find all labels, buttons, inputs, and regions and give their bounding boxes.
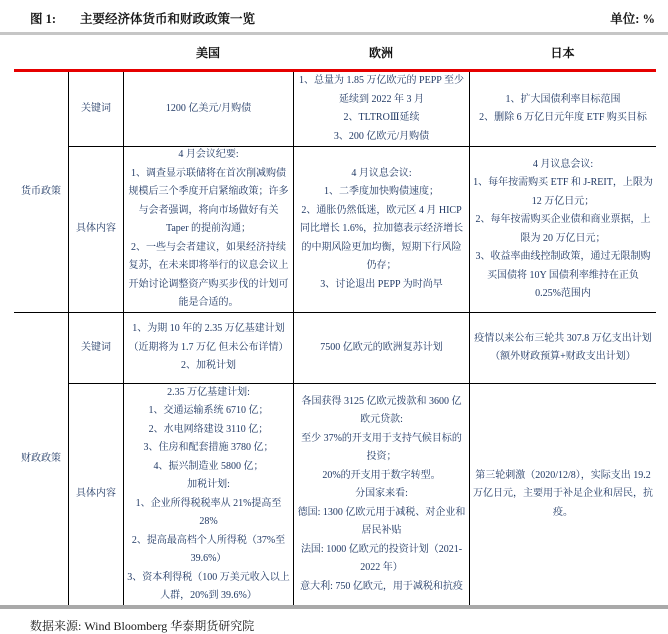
cell-line: 4、振兴制造业 5800 亿； xyxy=(127,458,290,477)
cell-line: 第三轮刺激（2020/12/8），实际支出 19.2 万亿日元，主要用于补足企业… xyxy=(473,467,653,523)
country-header-row: 美国 欧洲 日本 xyxy=(14,35,656,69)
cell-monetary-keywords-us: 1200 亿美元/月购债 xyxy=(123,72,293,146)
cell-fiscal-keywords-japan: 疫情以来公布三轮共 307.8 万亿支出计划（额外财政预算+财政支出计划） xyxy=(469,312,656,383)
cell-line: 2、删除 6 万亿日元年度 ETF 购买目标 xyxy=(473,109,653,128)
cell-line: 疫情以来公布三轮共 307.8 万亿支出计划（额外财政预算+财政支出计划） xyxy=(473,330,653,367)
cell-line: 4 月会议纪要: xyxy=(127,146,290,165)
cell-line: 20%的开支用于数字转型。 xyxy=(297,467,466,486)
cell-line: 2、一些与会者建议，如果经济持续复苏，在未来即将举行的议息会议上开始讨论调整资产… xyxy=(127,239,290,312)
column-header-europe: 欧洲 xyxy=(293,44,469,61)
cell-line: 1、每年按需购买 ETF 和 J-REIT，上限为 12 万亿日元； xyxy=(473,174,653,211)
cell-line: 2、提高最高档个人所得税（37%至 39.6%） xyxy=(127,532,290,569)
column-header-japan: 日本 xyxy=(469,44,656,61)
cell-line: 1、为期 10 年的 2.35 万亿基建计划（近期将为 1.7 万亿 但未公布详… xyxy=(127,320,290,357)
cell-line: 各国获得 3125 亿欧元拨款和 3600 亿欧元贷款: xyxy=(297,393,466,430)
figure-title: 主要经济体货币和财政政策一览 xyxy=(80,9,255,27)
cell-monetary-details-us: 4 月会议纪要:1、调查显示联储将在首次削减购债规模后三个季度开启紧缩政策；许多… xyxy=(123,146,293,312)
cell-line: 加税计划: xyxy=(127,476,290,495)
row-label-fiscal-details: 具体内容 xyxy=(68,383,123,605)
cell-monetary-details-europe: 4 月议息会议:1、二季度加快购债速度；2、通胀仍然低迷，欧元区 4 月 HIC… xyxy=(293,146,469,312)
cell-line: 1、总量为 1.85 万亿欧元的 PEPP 至少延续到 2022 年 3 月 xyxy=(297,72,466,109)
cell-line: 2.35 万亿基建计划: xyxy=(127,384,290,403)
cell-fiscal-keywords-us: 1、为期 10 年的 2.35 万亿基建计划（近期将为 1.7 万亿 但未公布详… xyxy=(123,312,293,383)
cell-line: 分国家来看: xyxy=(297,485,466,504)
policy-table: 货币政策 关键词 1200 亿美元/月购债 1、总量为 1.85 万亿欧元的 P… xyxy=(14,69,656,605)
category-monetary-policy: 货币政策 xyxy=(14,72,68,312)
cell-line: 3、住房和配套措施 3780 亿； xyxy=(127,439,290,458)
column-header-us: 美国 xyxy=(123,44,293,61)
cell-line: 3、讨论退出 PEPP 为时尚早 xyxy=(297,276,466,295)
cell-line: 7500 亿欧元的欧洲复苏计划 xyxy=(297,339,466,358)
cell-line: 2、水电网络建设 3110 亿； xyxy=(127,421,290,440)
cell-line: 法国: 1000 亿欧元的投资计划（2021-2022 年） xyxy=(297,541,466,578)
cell-line: 1、扩大国债利率目标范围 xyxy=(473,91,653,110)
cell-monetary-details-japan: 4 月议息会议:1、每年按需购买 ETF 和 J-REIT，上限为 12 万亿日… xyxy=(469,146,656,312)
cell-fiscal-keywords-europe: 7500 亿欧元的欧洲复苏计划 xyxy=(293,312,469,383)
unit-label: 单位: % xyxy=(610,9,655,27)
cell-fiscal-details-us: 2.35 万亿基建计划:1、交通运输系统 6710 亿；2、水电网络建设 311… xyxy=(123,383,293,605)
row-label-monetary-keywords: 关键词 xyxy=(68,72,123,146)
data-source-note: 数据来源: Wind Bloomberg 华泰期货研究院 xyxy=(0,609,668,634)
cell-line: 2、每年按需购买企业债和商业票据，上限为 20 万亿日元； xyxy=(473,211,653,248)
cell-line: 4 月议息会议: xyxy=(297,165,466,184)
cell-line: 1、交通运输系统 6710 亿； xyxy=(127,402,290,421)
cell-line: 2、加税计划 xyxy=(127,357,290,376)
cell-line: 1、企业所得税税率从 21%提高至 28% xyxy=(127,495,290,532)
cell-fiscal-details-europe: 各国获得 3125 亿欧元拨款和 3600 亿欧元贷款:至少 37%的开支用于支… xyxy=(293,383,469,605)
cell-line: 3、200 亿欧元/月购债 xyxy=(297,128,466,147)
cell-line: 1200 亿美元/月购债 xyxy=(127,100,290,119)
figure-label: 图 1: xyxy=(30,9,56,27)
category-fiscal-policy: 财政政策 xyxy=(14,312,68,605)
figure-title-group: 图 1: 主要经济体货币和财政政策一览 xyxy=(30,9,255,27)
cell-line: 1、二季度加快购债速度； xyxy=(297,183,466,202)
cell-line: 至少 37%的开支用于支持气候目标的投资； xyxy=(297,430,466,467)
cell-monetary-keywords-japan: 1、扩大国债利率目标范围2、删除 6 万亿日元年度 ETF 购买目标 xyxy=(469,72,656,146)
cell-line: 2、TLTROⅢ延续 xyxy=(297,109,466,128)
cell-line: 1、调查显示联储将在首次削减购债规模后三个季度开启紧缩政策；许多与会者强调，将向… xyxy=(127,165,290,239)
cell-line: 4 月议息会议: xyxy=(473,156,653,175)
row-label-fiscal-keywords: 关键词 xyxy=(68,312,123,383)
cell-line: 意大利: 750 亿欧元，用于减税和抗疫 xyxy=(297,578,466,597)
row-label-monetary-details: 具体内容 xyxy=(68,146,123,312)
cell-monetary-keywords-europe: 1、总量为 1.85 万亿欧元的 PEPP 至少延续到 2022 年 3 月2、… xyxy=(293,72,469,146)
cell-fiscal-details-japan: 第三轮刺激（2020/12/8），实际支出 19.2 万亿日元，主要用于补足企业… xyxy=(469,383,656,605)
cell-line: 3、资本利得税（100 万美元收入以上人群，20%到 39.6%） xyxy=(127,569,290,606)
cell-line: 2、通胀仍然低迷，欧元区 4 月 HICP 同比增长 1.6%，拉加德表示经济增… xyxy=(297,202,466,276)
cell-line: 3、收益率曲线控制政策，通过无限制购买国债将 10Y 国债利率维持在正负 0.2… xyxy=(473,248,653,304)
cell-line: 德国: 1300 亿欧元用于减税、对企业和居民补贴 xyxy=(297,504,466,541)
figure-header: 图 1: 主要经济体货币和财政政策一览 单位: % xyxy=(0,0,668,32)
